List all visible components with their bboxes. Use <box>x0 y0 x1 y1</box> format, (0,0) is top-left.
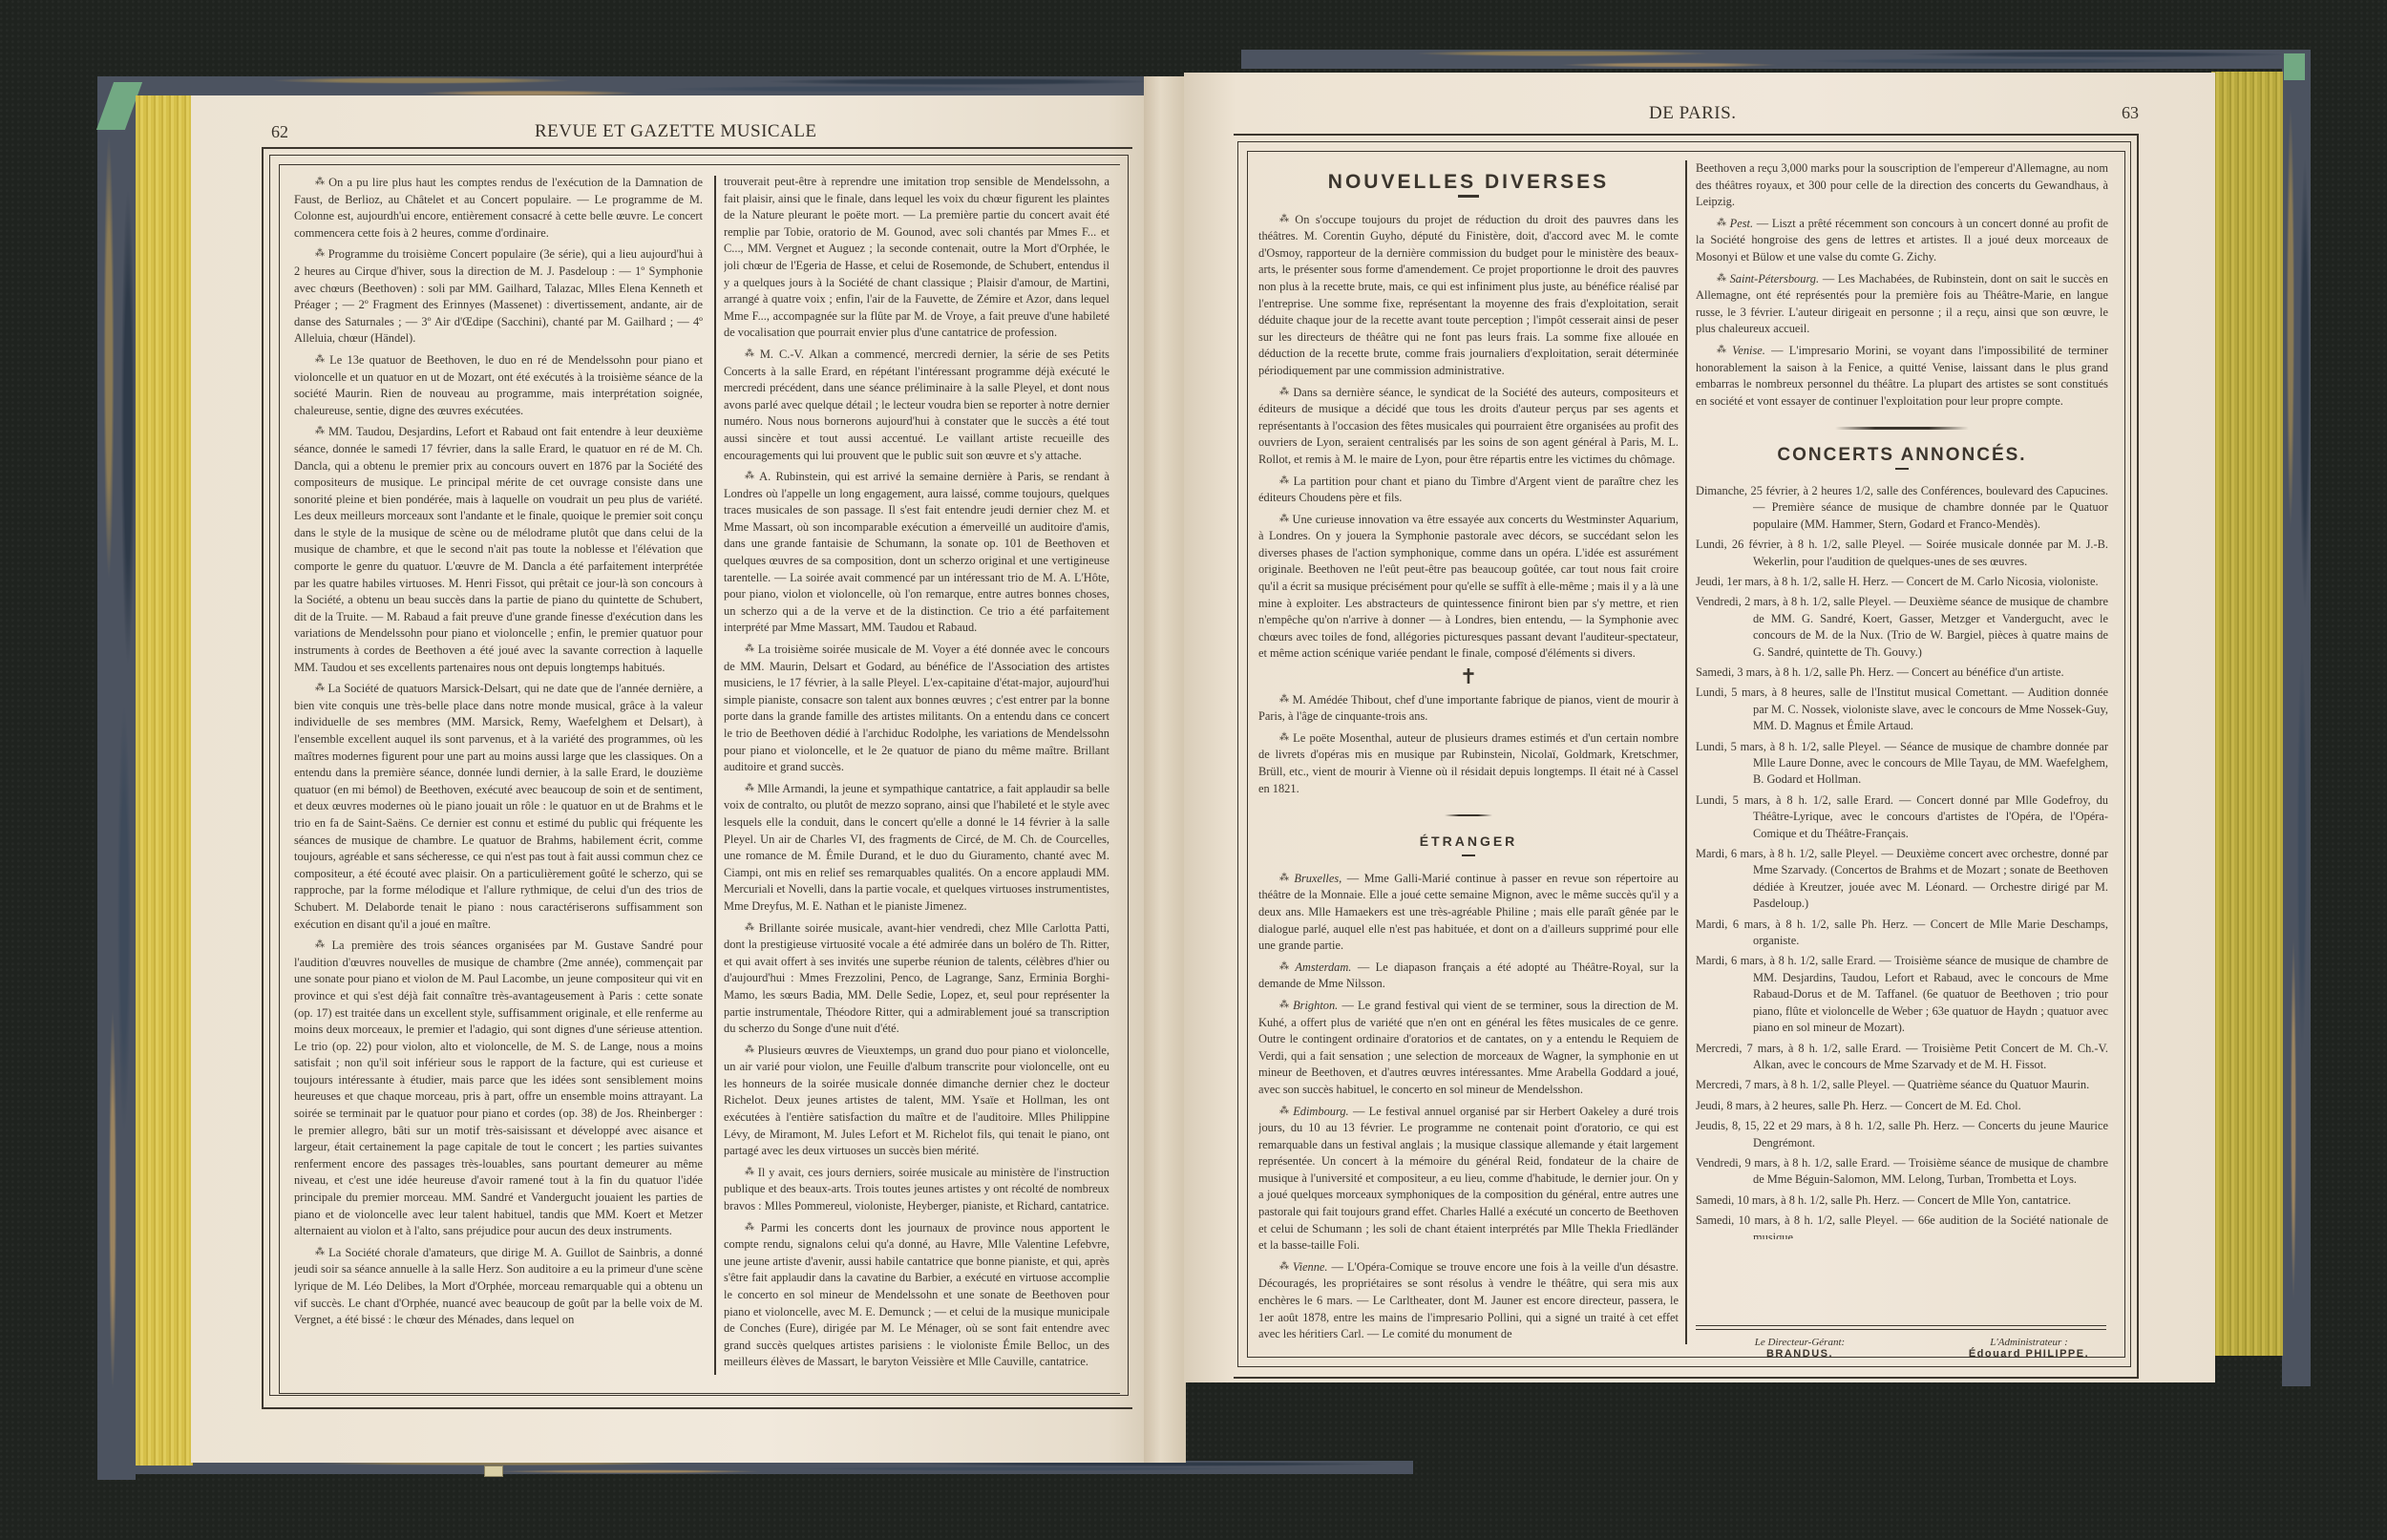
concert-entry: Mardi, 6 mars, à 8 h. 1/2, salle Erard. … <box>1696 953 2108 1036</box>
gilt-page-edge-right <box>2211 72 2283 1356</box>
section-divider <box>1445 814 1492 816</box>
book-cover-top-left <box>97 76 1176 97</box>
concert-entry: Mardi, 6 mars, à 8 h. 1/2, salle Ph. Her… <box>1696 917 2108 950</box>
concert-entry: Lundi, 5 mars, à 8 h. 1/2, salle Pleyel.… <box>1696 739 2108 789</box>
title-dash <box>1895 468 1909 470</box>
page-number-left: 62 <box>271 122 288 142</box>
signature-directeur: Le Directeur-Gérant: BRANDUS. <box>1719 1337 1881 1360</box>
concert-entry: Lundi, 5 mars, à 8 heures, salle de l'In… <box>1696 685 2108 734</box>
book-cover-bottom <box>105 1461 1413 1474</box>
book-cover-right <box>2282 50 2311 1386</box>
bookmark-tab <box>484 1466 503 1477</box>
concert-entry: Mardi, 6 mars, à 8 h. 1/2, salle Pleyel.… <box>1696 846 2108 913</box>
article-paragraph: ⁂Le 13e quatuor de Beethoven, le duo en … <box>294 351 703 419</box>
concert-entry: Vendredi, 9 mars, à 8 h. 1/2, salle Erar… <box>1696 1155 2108 1189</box>
concert-entry: Lundi, 26 février, à 8 h. 1/2, salle Ple… <box>1696 537 2108 570</box>
article-paragraph: ⁂MM. Taudou, Desjardins, Lefort et Rabau… <box>294 423 703 676</box>
right-page-column-2: Beethoven a reçu 3,000 marks pour la sou… <box>1696 160 2108 1239</box>
foreign-news-item: ⁂Bruxelles, — Mme Galli-Marié continue à… <box>1258 870 1679 955</box>
concert-entry: Jeudi, 8 mars, à 2 heures, salle Ph. Her… <box>1696 1098 2108 1114</box>
news-paragraph: ⁂La partition pour chant et piano du Tim… <box>1258 473 1679 507</box>
concert-entry: Lundi, 5 mars, à 8 h. 1/2, salle Erard. … <box>1696 792 2108 842</box>
signature-administrateur: L'Administrateur : Édouard PHILIPPE. <box>1948 1337 2110 1360</box>
right-page-column-1: NOUVELLES DIVERSES ⁂On s'occupe toujours… <box>1258 160 1679 1354</box>
concert-entry: Mercredi, 7 mars, à 8 h. 1/2, salle Pley… <box>1696 1077 2108 1093</box>
running-head-left: REVUE ET GAZETTE MUSICALE <box>535 121 817 142</box>
concert-entry: Samedi, 10 mars, à 8 h. 1/2, salle Ph. H… <box>1696 1192 2108 1209</box>
article-paragraph: ⁂Parmi les concerts dont les journaux de… <box>724 1219 1109 1371</box>
concert-entry: Vendredi, 2 mars, à 8 h. 1/2, salle Pley… <box>1696 594 2108 661</box>
article-paragraph: ⁂Il y avait, ces jours derniers, soirée … <box>724 1164 1109 1215</box>
title-dash <box>1462 854 1475 856</box>
left-page-column-1: ⁂On a pu lire plus haut les comptes rend… <box>294 174 703 1392</box>
article-paragraph: ⁂La Société chorale d'amateurs, que diri… <box>294 1244 703 1329</box>
section-title-concerts-annonces: CONCERTS ANNONCÉS. <box>1696 447 2108 464</box>
foreign-news-item: ⁂Venise. — L'impresario Morini, se voyan… <box>1696 342 2108 410</box>
foreign-news-item: ⁂Amsterdam. — Le diapason français a été… <box>1258 959 1679 993</box>
book-cover-left <box>97 76 136 1480</box>
foreign-news-item-continued: Beethoven a reçu 3,000 marks pour la sou… <box>1696 160 2108 211</box>
page-number-right: 63 <box>2122 103 2139 123</box>
article-paragraph: ⁂La première des trois séances organisée… <box>294 937 703 1240</box>
obituary-paragraph: ⁂M. Amédée Thibout, chef d'une important… <box>1258 691 1679 726</box>
news-paragraph: ⁂Dans sa dernière séance, le syndicat de… <box>1258 384 1679 469</box>
foreign-news-item: ⁂Edimbourg. — Le festival annuel organis… <box>1258 1103 1679 1255</box>
column-rule <box>714 176 716 1375</box>
concert-entry: Dimanche, 25 février, à 2 heures 1/2, sa… <box>1696 483 2108 533</box>
section-title-etranger: ÉTRANGER <box>1258 833 1679 851</box>
concert-entry: Mercredi, 7 mars, à 8 h. 1/2, salle Erar… <box>1696 1041 2108 1074</box>
section-divider <box>1835 427 1969 430</box>
foreign-news-item: ⁂Saint-Pétersbourg. — Les Machabées, de … <box>1696 270 2108 338</box>
obituary-paragraph: ⁂Le poëte Mosenthal, auteur de plusieurs… <box>1258 729 1679 797</box>
article-paragraph: ⁂Brillante soirée musicale, avant-hier v… <box>724 919 1109 1038</box>
cover-corner-leather <box>2284 53 2305 80</box>
book-gutter <box>1144 76 1186 1463</box>
concert-entry: Jeudi, 1er mars, à 8 h. 1/2, salle H. He… <box>1696 574 2108 590</box>
section-title-nouvelles-diverses: NOUVELLES DIVERSES <box>1258 174 1679 191</box>
article-paragraph: ⁂Programme du troisième Concert populair… <box>294 245 703 348</box>
cross-icon: ✝ <box>1258 668 1679 686</box>
article-paragraph: ⁂Mlle Armandi, la jeune et sympathique c… <box>724 780 1109 916</box>
left-page-column-2: trouverait peut-être à reprendre une imi… <box>724 174 1109 1392</box>
column-rule <box>1685 160 1687 1344</box>
article-paragraph: ⁂La troisième soirée musicale de M. Voye… <box>724 641 1109 776</box>
article-paragraph: ⁂Plusieurs œuvres de Vieuxtemps, un gran… <box>724 1042 1109 1160</box>
concert-entry: Samedi, 10 mars, à 8 h. 1/2, salle Pleye… <box>1696 1213 2108 1239</box>
concert-entry: Samedi, 3 mars, à 8 h. 1/2, salle Ph. He… <box>1696 665 2108 681</box>
concert-entry: Jeudis, 8, 15, 22 et 29 mars, à 8 h. 1/2… <box>1696 1118 2108 1151</box>
book-cover-top-right <box>1241 50 2311 69</box>
article-paragraph: ⁂On a pu lire plus haut les comptes rend… <box>294 174 703 242</box>
title-dash <box>1458 195 1479 198</box>
running-head-right: DE PARIS. <box>1649 103 1736 124</box>
foreign-news-item: ⁂Pest. — Liszt a prêté récemment son con… <box>1696 215 2108 266</box>
foreign-news-item: ⁂Vienne. — L'Opéra-Comique se trouve enc… <box>1258 1258 1679 1343</box>
signature-rule <box>1696 1325 2106 1330</box>
gilt-page-edge-left <box>136 95 193 1466</box>
article-paragraph: ⁂M. C.-V. Alkan a commencé, mercredi der… <box>724 346 1109 464</box>
news-paragraph: ⁂On s'occupe toujours du projet de réduc… <box>1258 211 1679 380</box>
foreign-news-item: ⁂Brighton. — Le grand festival qui vient… <box>1258 997 1679 1099</box>
news-paragraph: ⁂Une curieuse innovation va être essayée… <box>1258 511 1679 663</box>
article-paragraph: ⁂A. Rubinstein, qui est arrivé la semain… <box>724 468 1109 637</box>
article-paragraph: ⁂La Société de quatuors Marsick-Delsart,… <box>294 680 703 933</box>
article-paragraph-continued: trouverait peut-être à reprendre une imi… <box>724 174 1109 342</box>
